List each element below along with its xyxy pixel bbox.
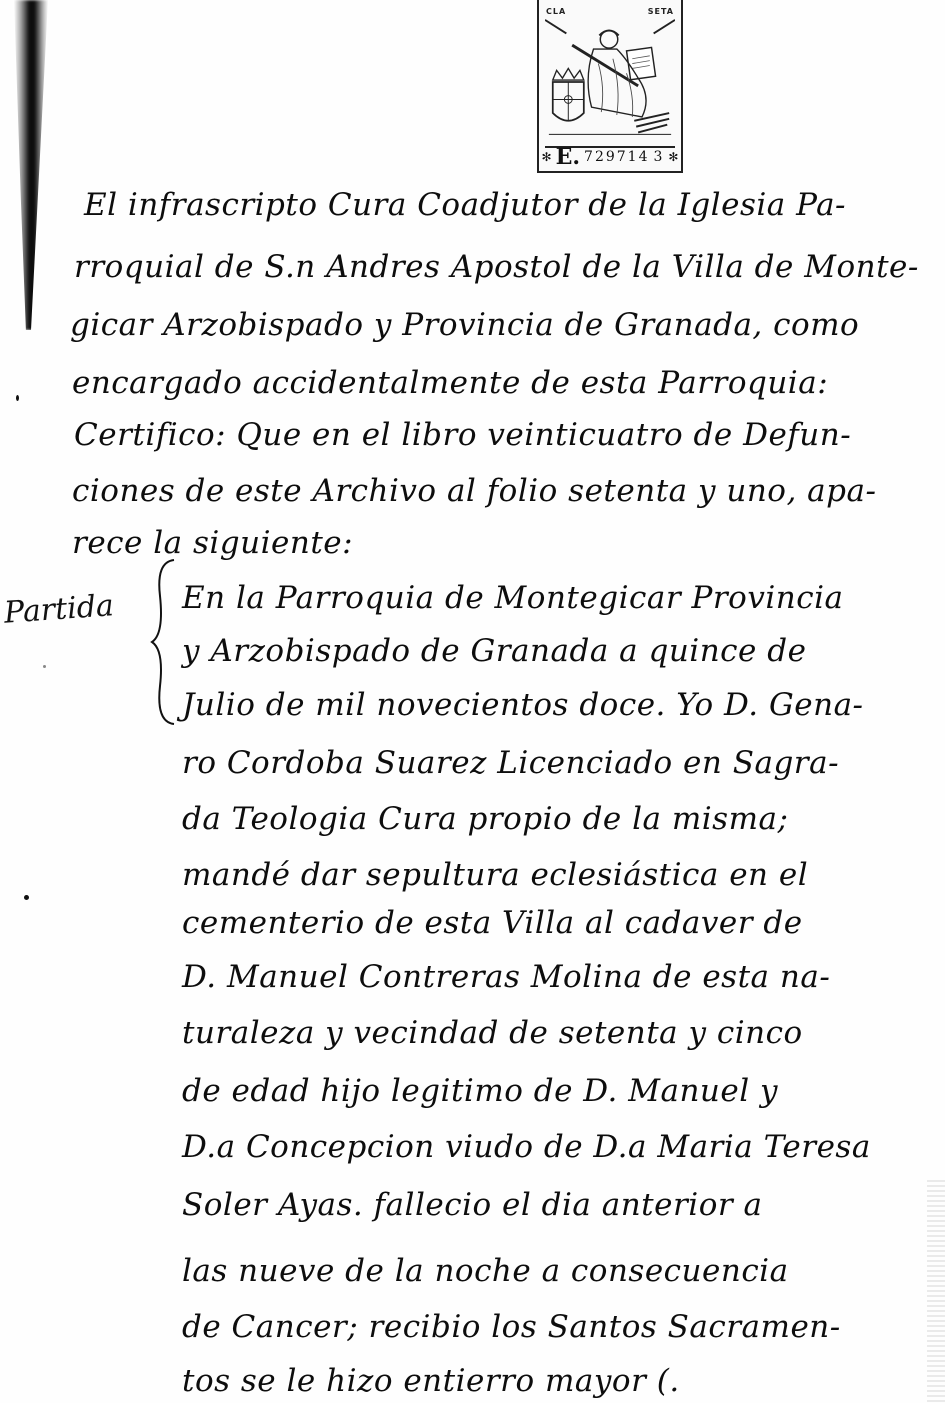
entry-line: y Arzobispado de Granada a quince de (182, 636, 806, 667)
serial-digits: 729714 (584, 149, 649, 165)
intro-line: Certifico: Que en el libro veinticuatro … (74, 420, 851, 451)
ink-speck (43, 665, 46, 668)
entry-line: turaleza y vecindad de setenta y cinco (182, 1018, 803, 1049)
scan-gutter-shadow (14, 0, 48, 330)
entry-line: tos se le hizo entierro mayor (. (182, 1366, 680, 1397)
ink-speck (24, 895, 29, 900)
seated-justice-figure-icon (545, 18, 675, 146)
stamp-value-label: SETA (645, 7, 677, 16)
stamp-allegory-illustration (545, 18, 675, 148)
intro-line: rece la siguiente: (72, 528, 353, 559)
entry-line: En la Parroquia de Montegicar Provincia (182, 583, 844, 614)
entry-line: D.a Concepcion viudo de D.a Maria Teresa (182, 1132, 871, 1163)
entry-line: cementerio de esta Villa al cadaver de (182, 908, 803, 939)
intro-line: El infrascripto Cura Coadjutor de la Igl… (84, 190, 846, 221)
revenue-stamp: CLA SETA (537, 0, 683, 173)
entry-line: D. Manuel Contreras Molina de esta na- (182, 962, 830, 993)
serial-prefix: E. (556, 144, 580, 170)
ornament-star-icon: ✻ (542, 150, 552, 164)
entry-line: Soler Ayas. fallecio el dia anterior a (182, 1190, 763, 1221)
entry-line: las nueve de la noche a consecuencia (182, 1256, 789, 1287)
margin-note-partida: Partida (3, 588, 115, 631)
document-page: CLA SETA (0, 0, 945, 1403)
entry-line: ro Cordoba Suarez Licenciado en Sagra- (182, 748, 839, 779)
ink-speck (16, 395, 19, 401)
intro-line: gicar Arzobispado y Provincia de Granada… (70, 310, 859, 341)
intro-line: rroquial de S.n Andres Apostol de la Vil… (74, 252, 919, 283)
entry-line: da Teologia Cura propio de la misma; (182, 804, 788, 835)
curly-brace-icon (148, 556, 178, 726)
intro-line: ciones de este Archivo al folio setenta … (72, 476, 876, 507)
entry-line: de Cancer; recibio los Santos Sacramen- (182, 1312, 841, 1343)
intro-line: encargado accidentalmente de esta Parroq… (72, 368, 828, 399)
stamp-serial-number: ✻ E. 729714 3 ✻ (539, 146, 681, 168)
ornament-star-icon: ✻ (668, 150, 678, 164)
serial-suffix: 3 (653, 149, 664, 165)
scan-edge-noise (927, 1180, 945, 1403)
entry-line: Julio de mil novecientos doce. Yo D. Gen… (182, 690, 864, 721)
entry-line: de edad hijo legitimo de D. Manuel y (182, 1076, 778, 1107)
entry-line: mandé dar sepultura eclesiástica en el (182, 860, 808, 891)
stamp-class-label: CLA (543, 7, 569, 16)
